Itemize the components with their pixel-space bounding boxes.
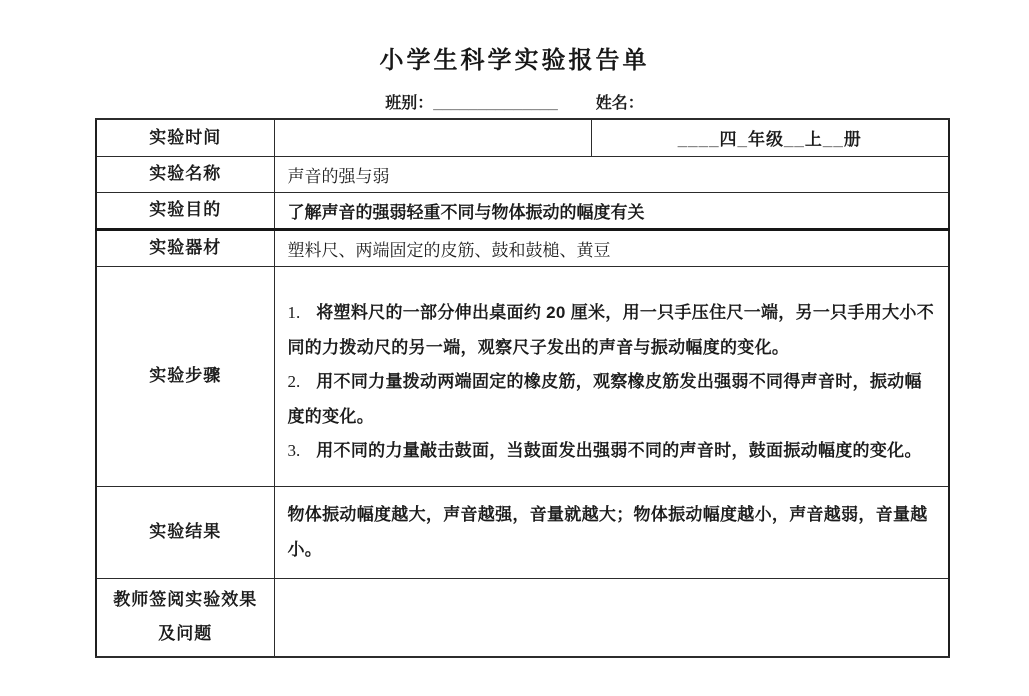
class-blank-line: ______________ xyxy=(433,95,558,112)
step-item-1: 1.将塑料尺的一部分伸出桌面约 20 厘米，用一只手压住尺一端，另一只手用大小不… xyxy=(288,296,935,365)
name-label: 姓名： xyxy=(596,95,644,112)
step-number: 3. xyxy=(288,441,301,460)
row-materials-label: 实验器材 xyxy=(96,229,274,266)
row-steps-value: 1.将塑料尺的一部分伸出桌面约 20 厘米，用一只手压住尺一端，另一只手用大小不… xyxy=(274,266,949,486)
row-purpose-label: 实验目的 xyxy=(96,192,274,229)
table-row-name: 实验名称 声音的强与弱 xyxy=(96,156,949,192)
step-text: 用不同的力量敲击鼓面，当鼓面发出强弱不同的声音时，鼓面振动幅度的变化。 xyxy=(316,441,922,460)
step-item-2: 2.用不同力量拨动两端固定的橡皮筋，观察橡皮筋发出强弱不同得声音时，振动幅度的变… xyxy=(288,365,935,434)
name-field: 姓名： xyxy=(596,90,644,113)
row-steps-label: 实验步骤 xyxy=(96,266,274,486)
row-name-value: 声音的强与弱 xyxy=(274,156,949,192)
table-row-materials: 实验器材 塑料尺、两端固定的皮筋、鼓和鼓槌、黄豆 xyxy=(96,229,949,266)
meta-line: 班别：______________ 姓名： xyxy=(0,90,1029,113)
class-field: 班别：______________ xyxy=(385,90,558,113)
table-row-time: 实验时间 ____四_年级__上__册 xyxy=(96,119,949,156)
step-number: 2. xyxy=(288,372,301,391)
table-row-teacher: 教师签阅实验效果及问题 xyxy=(96,578,949,657)
row-result-label: 实验结果 xyxy=(96,486,274,578)
step-item-3: 3.用不同的力量敲击鼓面，当鼓面发出强弱不同的声音时，鼓面振动幅度的变化。 xyxy=(288,434,935,469)
table-row-steps: 实验步骤 1.将塑料尺的一部分伸出桌面约 20 厘米，用一只手压住尺一端，另一只… xyxy=(96,266,949,486)
row-result-value: 物体振动幅度越大，声音越强，音量就越大；物体振动幅度越小，声音越弱，音量越小。 xyxy=(274,486,949,578)
step-text: 将塑料尺的一部分伸出桌面约 20 厘米，用一只手压住尺一端，另一只手用大小不同的… xyxy=(288,303,935,357)
row-name-label: 实验名称 xyxy=(96,156,274,192)
row-teacher-label: 教师签阅实验效果及问题 xyxy=(96,578,274,657)
row-materials-value: 塑料尺、两端固定的皮筋、鼓和鼓槌、黄豆 xyxy=(274,229,949,266)
step-number: 1. xyxy=(288,303,301,322)
step-text: 用不同力量拨动两端固定的橡皮筋，观察橡皮筋发出强弱不同得声音时，振动幅度的变化。 xyxy=(288,372,922,426)
row-time-grade: ____四_年级__上__册 xyxy=(591,119,949,156)
table-row-purpose: 实验目的 了解声音的强弱轻重不同与物体振动的幅度有关 xyxy=(96,192,949,229)
class-label: 班别： xyxy=(385,95,433,112)
row-purpose-value: 了解声音的强弱轻重不同与物体振动的幅度有关 xyxy=(274,192,949,229)
page-title: 小学生科学实验报告单 xyxy=(0,40,1029,75)
report-page: 小学生科学实验报告单 班别：______________ 姓名： 实验时间 __… xyxy=(0,0,1029,696)
report-table: 实验时间 ____四_年级__上__册 实验名称 声音的强与弱 实验目的 了解声… xyxy=(95,118,950,658)
table-row-result: 实验结果 物体振动幅度越大，声音越强，音量就越大；物体振动幅度越小，声音越弱，音… xyxy=(96,486,949,578)
row-time-label: 实验时间 xyxy=(96,119,274,156)
row-teacher-value xyxy=(274,578,949,657)
row-time-value xyxy=(274,119,591,156)
